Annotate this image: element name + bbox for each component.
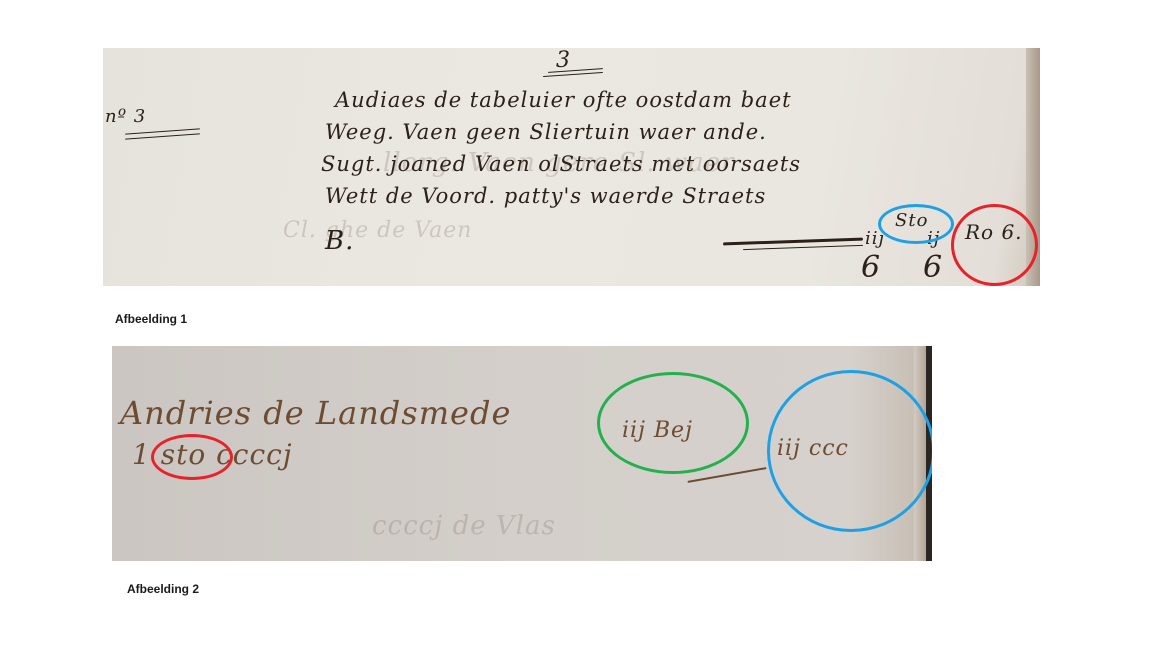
figure-caption-1: Afbeelding 1: [115, 312, 187, 326]
flourish-line: [723, 238, 863, 246]
red-highlight-circle: [151, 434, 233, 480]
amount-value: 6: [861, 250, 881, 285]
text-line-5: B.: [325, 226, 354, 256]
text-line-1: Audiaes de tabeluier ofte oostdam baet: [335, 88, 792, 112]
bleed-through-text: Cl. ghe de Vaen: [283, 218, 472, 243]
margin-label: nº 3: [105, 106, 146, 127]
text-line-4: Wett de Voord. patty's waerde Straets: [325, 184, 766, 208]
blue-highlight-circle: [878, 204, 954, 244]
text-line-1: Andries de Landsmede: [120, 394, 511, 432]
underline: [543, 72, 603, 77]
figure-caption-2: Afbeelding 2: [127, 582, 199, 596]
red-highlight-circle: [951, 204, 1038, 286]
blue-highlight-circle: [767, 370, 932, 532]
bleed-through-text: ccccj de Vlas: [372, 511, 556, 541]
manuscript-photo-2: ccccj de Vlas Andries de Landsmede 1 sto…: [112, 346, 932, 561]
green-highlight-circle: [597, 372, 749, 474]
page-number: 3: [556, 48, 571, 73]
text-line-2: Weeg. Vaen geen Sliertuin waer ande.: [325, 120, 767, 144]
flourish-line: [743, 245, 863, 250]
amount-value: 6: [923, 250, 943, 285]
underline: [125, 133, 200, 139]
manuscript-photo-1: llorg. Vaen gere Sl. waer Cl. ghe de Vae…: [103, 48, 1040, 286]
text-line-3: Sugt. joaned Vaen olStraets met oorsaets: [321, 152, 801, 176]
